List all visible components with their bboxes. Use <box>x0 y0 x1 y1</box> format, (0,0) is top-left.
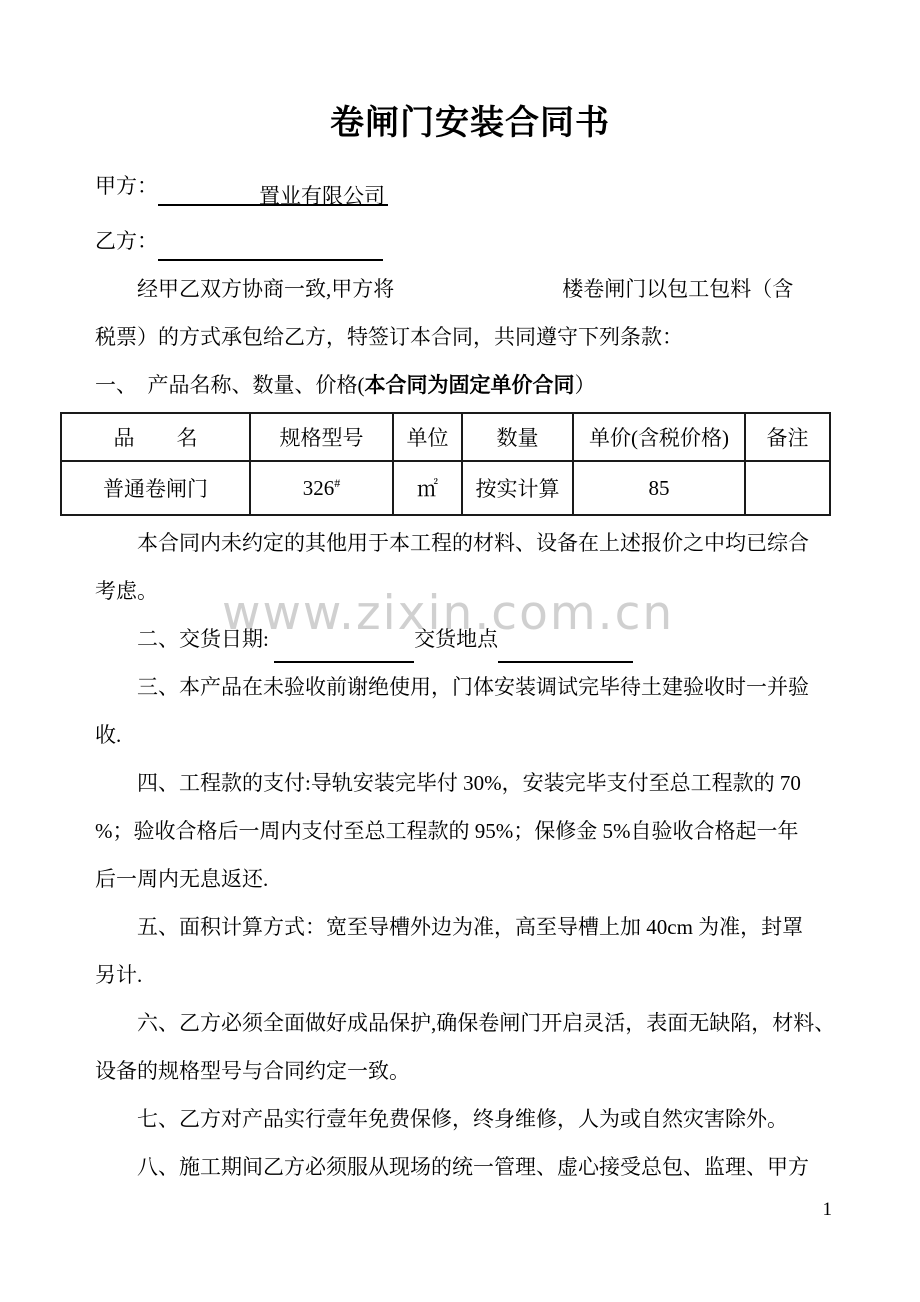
text-line: 另计. <box>95 951 845 999</box>
text-line: 七、乙方对产品实行壹年免费保修，终身维修，人为或自然灾害除外。 <box>95 1095 845 1143</box>
delivery-place-fill-in <box>498 631 633 663</box>
party-a-fill-in: 置业有限公司 <box>158 176 388 206</box>
text-line: 四、工程款的支付:导轨安装完毕付 30%，安装完毕支付至总工程款的 70 <box>95 759 845 807</box>
section1-heading-post: ） <box>575 373 596 397</box>
text-line: 收. <box>95 711 845 759</box>
text-line: 六、乙方必须全面做好成品保护,确保卷闸门开启灵活，表面无缺陷，材料、 <box>95 999 845 1047</box>
spec-value: 326 <box>303 476 335 500</box>
party-a-line: 甲方：置业有限公司 <box>95 166 845 206</box>
cell-spec-model: 326# <box>250 461 393 515</box>
text-line: %；验收合格后一周内支付至总工程款的 95%；保修金 5%自验收合格起一年 <box>95 807 845 855</box>
text-line: 考虑。 <box>95 567 845 615</box>
product-table-header-row: 品 名规格型号单位数量单价(含税价格)备注 <box>61 413 830 461</box>
document-content: 卷闸门安装合同书 甲方：置业有限公司 乙方： 经甲乙双方协商一致,甲方将 楼卷闸… <box>95 0 845 1191</box>
cell-note <box>745 461 830 515</box>
after-table-paragraph: 本合同内未约定的其他用于本工程的材料、设备在上述报价之中均已综合考虑。 <box>95 519 845 615</box>
column-header: 品 名 <box>61 413 250 461</box>
clauses-paragraphs: 三、本产品在未验收前谢绝使用，门体安装调试完毕待土建验收时一并验收. 四、工程款… <box>95 663 845 1191</box>
intro-paragraph: 经甲乙双方协商一致,甲方将 楼卷闸门以包工包料（含税票）的方式承包给乙方，特签订… <box>95 265 845 361</box>
text-line: 五、面积计算方式：宽至导槽外边为准，高至导槽上加 40cm 为准，封罩 <box>95 903 845 951</box>
column-header: 单位 <box>393 413 462 461</box>
text-line: 设备的规格型号与合同约定一致。 <box>95 1047 845 1095</box>
cell-unit-price: 85 <box>573 461 745 515</box>
clause2-delivery-place-label: 交货地点 <box>414 627 498 651</box>
party-b-line: 乙方： <box>95 221 845 261</box>
cell-unit: ㎡ <box>393 461 462 515</box>
page-title: 卷闸门安装合同书 <box>95 0 845 146</box>
clause2-delivery-date-label: 二、交货日期: <box>95 627 274 651</box>
party-a-label: 甲方： <box>95 174 158 198</box>
product-table-data-row: 普通卷闸门 326# ㎡ 按实计算 85 <box>61 461 830 515</box>
cell-quantity: 按实计算 <box>462 461 573 515</box>
text-line: 后一周内无息返还. <box>95 855 845 903</box>
document-page: www.zixin.com.cn 卷闸门安装合同书 甲方：置业有限公司 乙方： … <box>0 0 920 1302</box>
page-number: 1 <box>823 1198 833 1222</box>
text-line: 税票）的方式承包给乙方，特签订本合同，共同遵守下列条款： <box>95 313 845 361</box>
contract-body: 经甲乙双方协商一致,甲方将 楼卷闸门以包工包料（含税票）的方式承包给乙方，特签订… <box>95 265 845 1191</box>
section1-heading-pre: 一、 产品名称、数量、价格( <box>95 373 365 397</box>
text-line: 经甲乙双方协商一致,甲方将 楼卷闸门以包工包料（含 <box>95 265 845 313</box>
party-b-fill-in <box>158 231 383 261</box>
column-header: 单价(含税价格) <box>573 413 745 461</box>
text-line: 本合同内未约定的其他用于本工程的材料、设备在上述报价之中均已综合 <box>95 519 845 567</box>
column-header: 备注 <box>745 413 830 461</box>
spec-superscript: # <box>334 476 340 490</box>
product-table: 品 名规格型号单位数量单价(含税价格)备注 普通卷闸门 326# ㎡ 按实计算 … <box>60 412 831 516</box>
delivery-date-fill-in <box>274 631 414 663</box>
column-header: 数量 <box>462 413 573 461</box>
text-line: 三、本产品在未验收前谢绝使用，门体安装调试完毕待土建验收时一并验 <box>95 663 845 711</box>
column-header: 规格型号 <box>250 413 393 461</box>
cell-product-name: 普通卷闸门 <box>61 461 250 515</box>
party-b-label: 乙方： <box>95 229 158 253</box>
section1-heading-bold: 本合同为固定单价合同 <box>365 374 575 397</box>
text-line: 八、施工期间乙方必须服从现场的统一管理、虚心接受总包、监理、甲方 <box>95 1143 845 1191</box>
section1-heading: 一、 产品名称、数量、价格(本合同为固定单价合同） <box>95 361 845 409</box>
clause2-line: 二、交货日期: 交货地点 <box>95 615 845 663</box>
